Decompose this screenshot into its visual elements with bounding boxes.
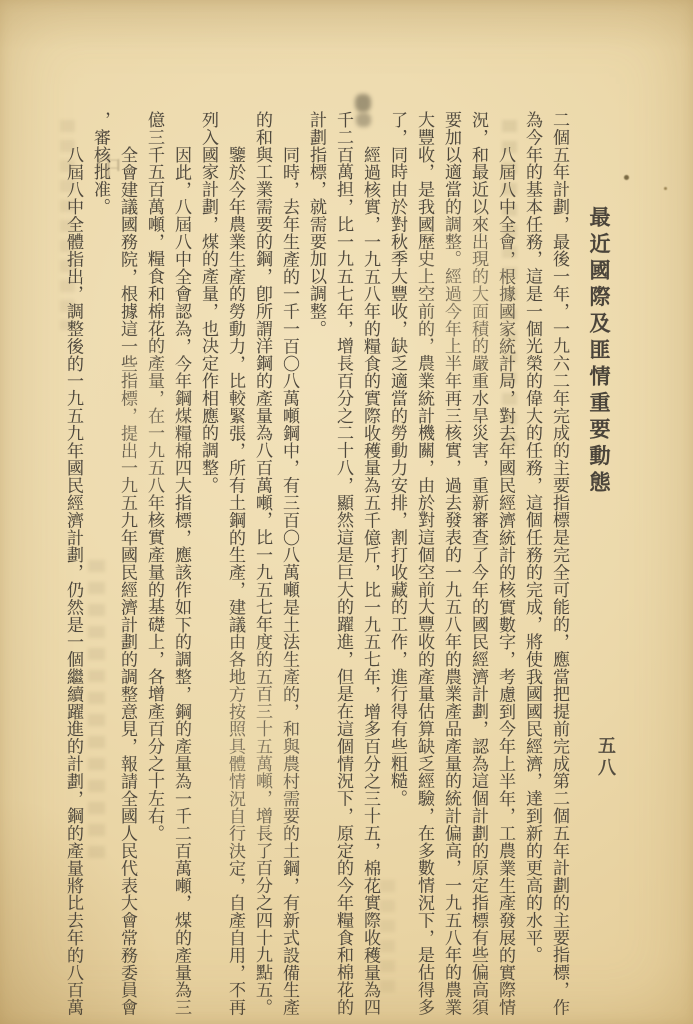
text-column: 鑒於今年農業生產的勞動力，比較緊張，所有土鋼的生產，建議由各地方按照具體情況自行… xyxy=(222,111,249,1017)
text-column: 計劃指標，就需要加以調整。 xyxy=(303,111,330,1017)
text-column: 況，和最近以來出現的大面積的嚴重水旱災害，重新審查了今年的國民經濟計劃，認為這個… xyxy=(465,111,492,1017)
page-number: 五八 xyxy=(593,736,619,780)
text-column: 同時，去年生產的一千一百〇八萬噸鋼中，有三百〇八萬噸是土法生產的，和與農村需要的… xyxy=(276,111,303,1017)
paper-page: 中 最近國際及匪情重要動態 五八 二個五年計劃，最後一年，一九六二年完成的主要指… xyxy=(0,0,693,1024)
text-column: 大豐收，是我國歷史上空前的，農業統計機關，由於對這個空前大豐收的產量估算缺乏經驗… xyxy=(411,111,438,1017)
text-column: 列入國家計劃，煤的產量，也决定作相應的調整。 xyxy=(195,111,222,1017)
text-column: 八屆八中全會，根據國家統計局，對去年國民經濟統計的核實數字，考慮到今年上半年，工… xyxy=(492,111,519,1017)
paper-speck xyxy=(664,187,667,190)
text-column: 因此，八屆八中全會認為，今年鋼煤糧棉四大指標，應該作如下的調整，鋼的產量為一千二… xyxy=(168,111,195,1017)
paper-speck xyxy=(624,175,629,180)
text-column: 全會建議國務院，根據這一些指標，提出一九五九年國民經濟計劃的調整意見，報請全國人… xyxy=(114,111,141,1017)
text-column: 億三千五百萬噸，糧食和棉花的產量，在一九五八年核實產量的基礎上，各增產百分之十左… xyxy=(141,111,168,1017)
text-column: ，審核批准。 xyxy=(87,111,114,1017)
text-column: 的和與工業需要的鋼，卽所謂洋鋼的產量為八百萬噸，比一九五七年度的五百三十五萬噸，… xyxy=(249,111,276,1017)
text-column: 千二百萬担，比一九五七年，增長百分之二十八，顯然這是巨大的躍進，但是在這個情況下… xyxy=(330,111,357,1017)
ink-smudge xyxy=(355,94,371,112)
running-head: 最近國際及匪情重要動態 xyxy=(584,206,614,498)
text-column: 二個五年計劃，最後一年，一九六二年完成的主要指標是完全可能的，應當把提前完成第二… xyxy=(546,111,573,1017)
text-column: 經過核實，一九五八年的糧食的實際收穫量為五千億斤，比一九五七年，增多百分之三十五… xyxy=(357,111,384,1017)
paper-edge-shading xyxy=(0,0,693,50)
text-column: 要加以適當的調整。經過今年上半年再三核實，過去發表的一九五八年的農業產品產量的統… xyxy=(438,111,465,1017)
text-column: 了，同時由於對秋季大豐收，缺乏適當的勞動力安排，割打收藏的工作，進行得有些粗糙。 xyxy=(384,111,411,1017)
text-column: 為今年的基本任務，這是一個光榮的偉大的任務，這個任務的完成，將使我國國民經濟，達… xyxy=(519,111,546,1017)
body-columns: 二個五年計劃，最後一年，一九六二年完成的主要指標是完全可能的，應當把提前完成第二… xyxy=(59,111,573,1017)
text-column: 八屆八中全體指出，調整後的一九五九年國民經濟計劃，仍然是一個繼續躍進的計劃，鋼的… xyxy=(60,111,87,1017)
